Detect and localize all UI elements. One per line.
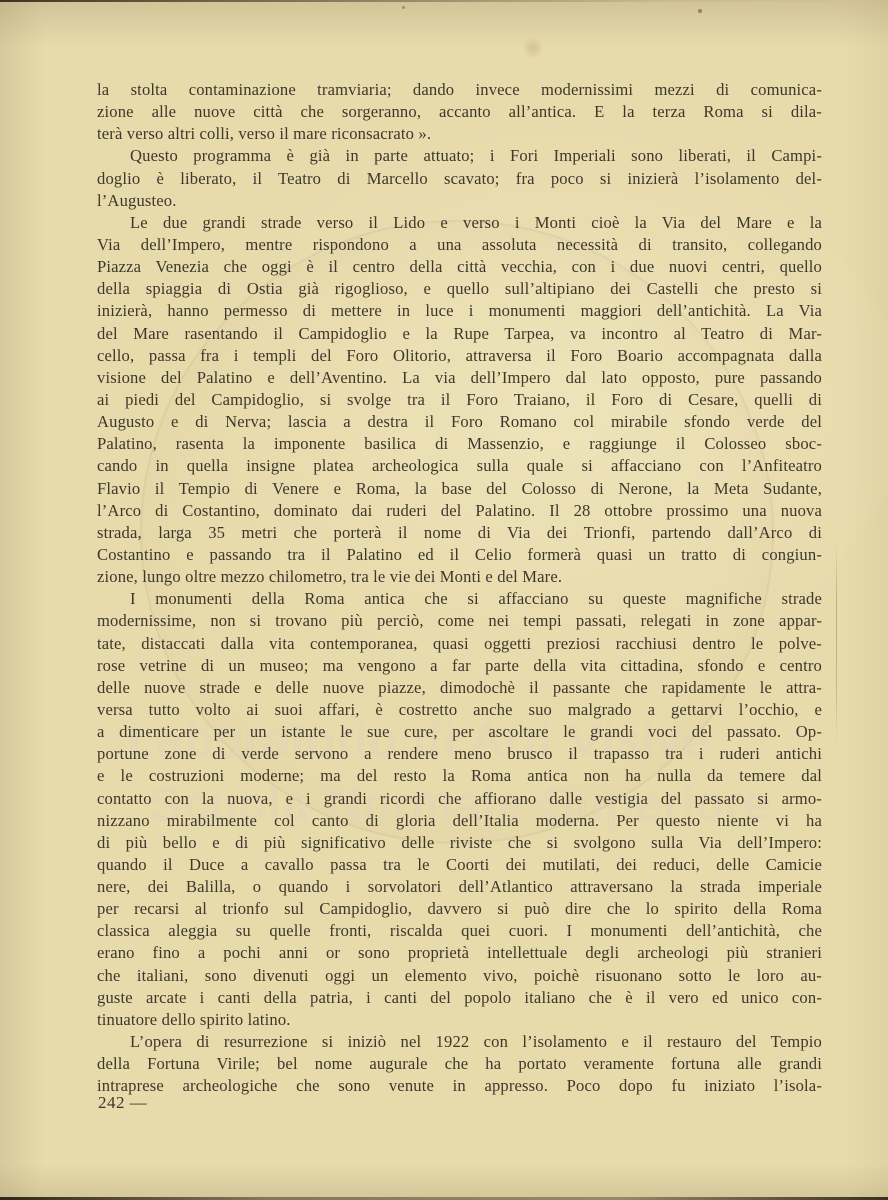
text-line: Costantino e passando tra il Palatino ed… (97, 544, 822, 566)
text-line: versa tutto volto ai suoi affari, è cost… (97, 699, 822, 721)
text-line: e le costruzioni moderne; ma del resto l… (97, 765, 822, 787)
text-line: ai piedi del Campidoglio, si svolge tra … (97, 389, 822, 411)
text-line: zione, lungo oltre mezzo chilometro, tra… (97, 566, 822, 588)
text-line: contatto con la nuova, e i grandi ricord… (97, 788, 822, 810)
text-line: che italiani, sono divenuti oggi un elem… (97, 965, 822, 987)
text-line: nizzano mirabilmente col canto di gloria… (97, 810, 822, 832)
text-line: zione alle nuove città che sorgeranno, a… (97, 101, 822, 123)
text-line: Flavio il Tempio di Venere e Roma, la ba… (97, 478, 822, 500)
text-line: doglio è liberato, il Teatro di Marcello… (97, 168, 822, 190)
paper-speck (402, 6, 405, 9)
text-line: Questo programma è già in parte attuato;… (97, 145, 822, 167)
text-line: visione del Palatino e dell’Aventino. La… (97, 367, 822, 389)
paper-speck (698, 9, 702, 13)
text-line: Palatino, rasenta la imponente basilica … (97, 433, 822, 455)
text-line: la stolta contaminazione tramviaria; dan… (97, 79, 822, 101)
text-line: della Fortuna Virile; bel nome augurale … (97, 1053, 822, 1075)
text-line: rose vetrine di un museo; ma vengono a f… (97, 655, 822, 677)
text-line: tate, distaccati dalla vita contemporane… (97, 633, 822, 655)
text-line: erano fino a pochi anni or sono propriet… (97, 942, 822, 964)
text-line: guste arcate i canti della patria, i can… (97, 987, 822, 1009)
text-line: intraprese archeologiche che sono venute… (97, 1075, 822, 1097)
page-number: 242 — (98, 1093, 147, 1113)
text-line: del Mare rasentando il Campidoglio e la … (97, 323, 822, 345)
text-line: L’opera di resurrezione si iniziò nel 19… (97, 1031, 822, 1053)
text-line: Via dell’Impero, mentre rispondono a una… (97, 234, 822, 256)
text-line: I monumenti della Roma antica che si aff… (97, 588, 822, 610)
text-line: Le due grandi strade verso il Lido e ver… (97, 212, 822, 234)
text-line: terà verso altri colli, verso il mare ri… (97, 123, 822, 145)
text-block: la stolta contaminazione tramviaria; dan… (97, 79, 822, 1097)
text-line: nere, dei Balilla, o quando i sorvolator… (97, 876, 822, 898)
text-line: cello, passa fra i templi del Foro Olito… (97, 345, 822, 367)
text-line: strada, larga 35 metri che porterà il no… (97, 522, 822, 544)
text-line: modernissime, non si trovano più perciò,… (97, 610, 822, 632)
paper-stain (522, 38, 544, 58)
text-line: Augusto e di Nerva; lascia a destra il F… (97, 411, 822, 433)
book-page-scan: Laboratorio di Arti Visive Scuola Normal… (0, 0, 888, 1200)
text-line: classica aleggia su quelle fronti, risca… (97, 920, 822, 942)
text-line: l’Arco di Costantino, dominato dai ruder… (97, 500, 822, 522)
paper-scratch (836, 540, 837, 745)
text-line: inizierà, hanno permesso di mettere in l… (97, 300, 822, 322)
text-line: delle nuove strade e delle nuove piazze,… (97, 677, 822, 699)
text-line: tinuatore dello spirito latino. (97, 1009, 822, 1031)
text-line: di più bello e di più significativo dell… (97, 832, 822, 854)
text-line: della spiaggia di Ostia già rigoglioso, … (97, 278, 822, 300)
text-line: Piazza Venezia che oggi è il centro dell… (97, 256, 822, 278)
text-line: cando in quella insigne platea archeolog… (97, 455, 822, 477)
text-line: quando il Duce a cavallo passa tra le Co… (97, 854, 822, 876)
scan-edge-top (0, 0, 888, 2)
text-line: a dimenticare per un istante le sue cure… (97, 721, 822, 743)
text-line: l’Augusteo. (97, 190, 822, 212)
text-line: per recarsi al trionfo sul Campidoglio, … (97, 898, 822, 920)
text-line: portune zone di verde servono a rendere … (97, 743, 822, 765)
